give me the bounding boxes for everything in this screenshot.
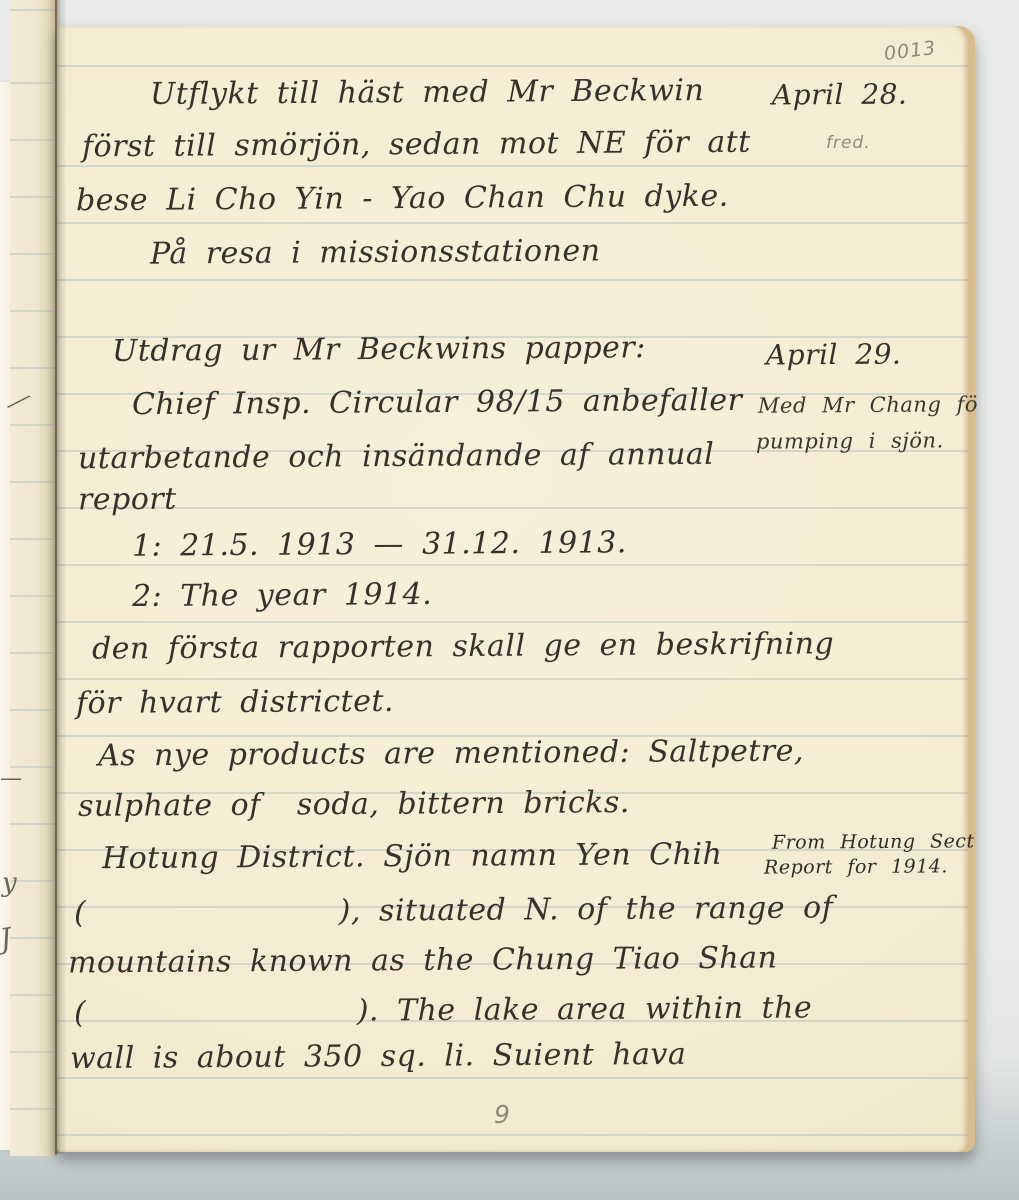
stray-ink-mark: ⁄ xyxy=(10,388,26,417)
handwritten-line: As nye products are mentioned: Saltpetre… xyxy=(98,735,804,773)
handwritten-line: först till smörjön, sedan mot NE för att xyxy=(82,126,751,164)
handwritten-line: Utflykt till häst med Mr Beckwin xyxy=(150,74,704,111)
handwritten-line: Utdrag ur Mr Beckwins papper: xyxy=(112,331,646,368)
margin-date-april-28: April 28. xyxy=(772,80,908,112)
handwritten-line: På resa i missionsstationen xyxy=(150,234,601,270)
margin-source-note-line: From Hotung Sect xyxy=(772,831,975,853)
handwritten-line: sulphate of soda, bittern bricks. xyxy=(78,786,630,823)
handwritten-line: Hotung District. Sjön namn Yen Chih xyxy=(102,838,723,875)
stray-ink-mark: J xyxy=(0,921,13,955)
handwritten-line: ( ), situated N. of the range of xyxy=(74,891,833,929)
margin-note-line: pumping i sjön. xyxy=(756,429,944,453)
handwritten-line: 2: The year 1914. xyxy=(132,578,432,613)
handwritten-line: ( ). The lake area within the xyxy=(74,991,812,1029)
handwriting-layer: 0013 Utflykt till häst med Mr Beckwin fö… xyxy=(0,0,1019,1200)
stray-ink-mark: y xyxy=(2,868,17,898)
handwritten-line: utarbetande och insändande af annual xyxy=(78,438,715,475)
archival-number-pencil: 0013 xyxy=(883,37,938,65)
margin-date-april-29: April 29. xyxy=(766,340,902,372)
handwritten-line: Chief Insp. Circular 98/15 anbefaller xyxy=(132,384,743,421)
margin-source-note-line: Report for 1914. xyxy=(764,856,948,878)
margin-weekday-pencil-note: fred. xyxy=(826,133,871,153)
margin-note-line: Med Mr Chang fö xyxy=(758,393,978,418)
handwritten-line: report xyxy=(78,483,177,517)
handwritten-line: för hvart districtet. xyxy=(76,685,394,720)
handwritten-line: 1: 21.5. 1913 — 31.12. 1913. xyxy=(132,526,627,562)
handwritten-line: wall is about 350 sq. li. Suient hava xyxy=(70,1038,687,1075)
handwritten-line: den första rapporten skall ge en beskrif… xyxy=(92,627,834,665)
stray-ink-mark: — xyxy=(0,766,22,791)
handwritten-line: mountains known as the Chung Tiao Shan xyxy=(68,942,778,980)
page-number-pencil: 9 xyxy=(494,1100,511,1129)
handwritten-line: bese Li Cho Yin - Yao Chan Chu dyke. xyxy=(76,180,729,218)
scanned-notebook-page: 0013 Utflykt till häst med Mr Beckwin fö… xyxy=(0,0,1019,1200)
